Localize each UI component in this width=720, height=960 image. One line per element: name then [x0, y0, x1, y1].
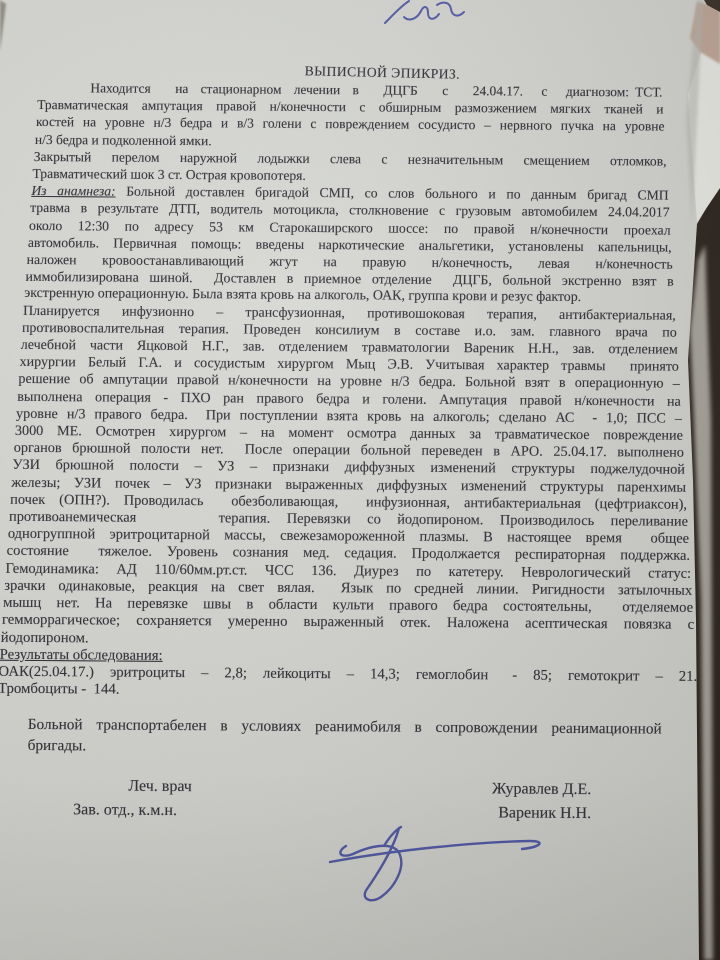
- signature-row: Зав. отд., к.м.н. Вареник Н.Н.: [0, 798, 717, 827]
- signer-role: Зав. отд., к.м.н.: [73, 799, 177, 824]
- line-text: йодопироном.: [1, 629, 89, 646]
- line-text: бригады.: [28, 737, 87, 754]
- transport-line: бригады.: [28, 735, 662, 761]
- body-text: Находится на стационарном лечении в ДЦГБ…: [0, 79, 720, 704]
- line-text: Травматический шок 3 ст. Острая кровопот…: [33, 166, 306, 183]
- line-text: Больной транспортабелен в условиях реани…: [28, 716, 662, 738]
- signature-block: Леч. врач Журавлев Д.Е. Зав. отд., к.м.н…: [0, 774, 717, 827]
- line-text: н/3 бедра и подколенной ямки.: [35, 132, 212, 148]
- signer-name: Вареник Н.Н.: [498, 802, 591, 827]
- signer-role: Леч. врач: [128, 775, 192, 799]
- line-text: Тромбоциты - 144.: [0, 681, 120, 698]
- line-lead-label: Из анамнеза:: [31, 183, 115, 199]
- line-lead-label: Результаты обследования:: [0, 646, 163, 663]
- transport-note: Больной транспортабелен в условиях реани…: [0, 714, 718, 761]
- paper-sheet: ВЫПИСНОЙ ЭПИКРИЗ. Находится на стационар…: [0, 0, 720, 960]
- photo-of-document: ВЫПИСНОЙ ЭПИКРИЗ. Находится на стационар…: [0, 0, 720, 960]
- signer-name: Журавлев Д.Е.: [492, 778, 592, 803]
